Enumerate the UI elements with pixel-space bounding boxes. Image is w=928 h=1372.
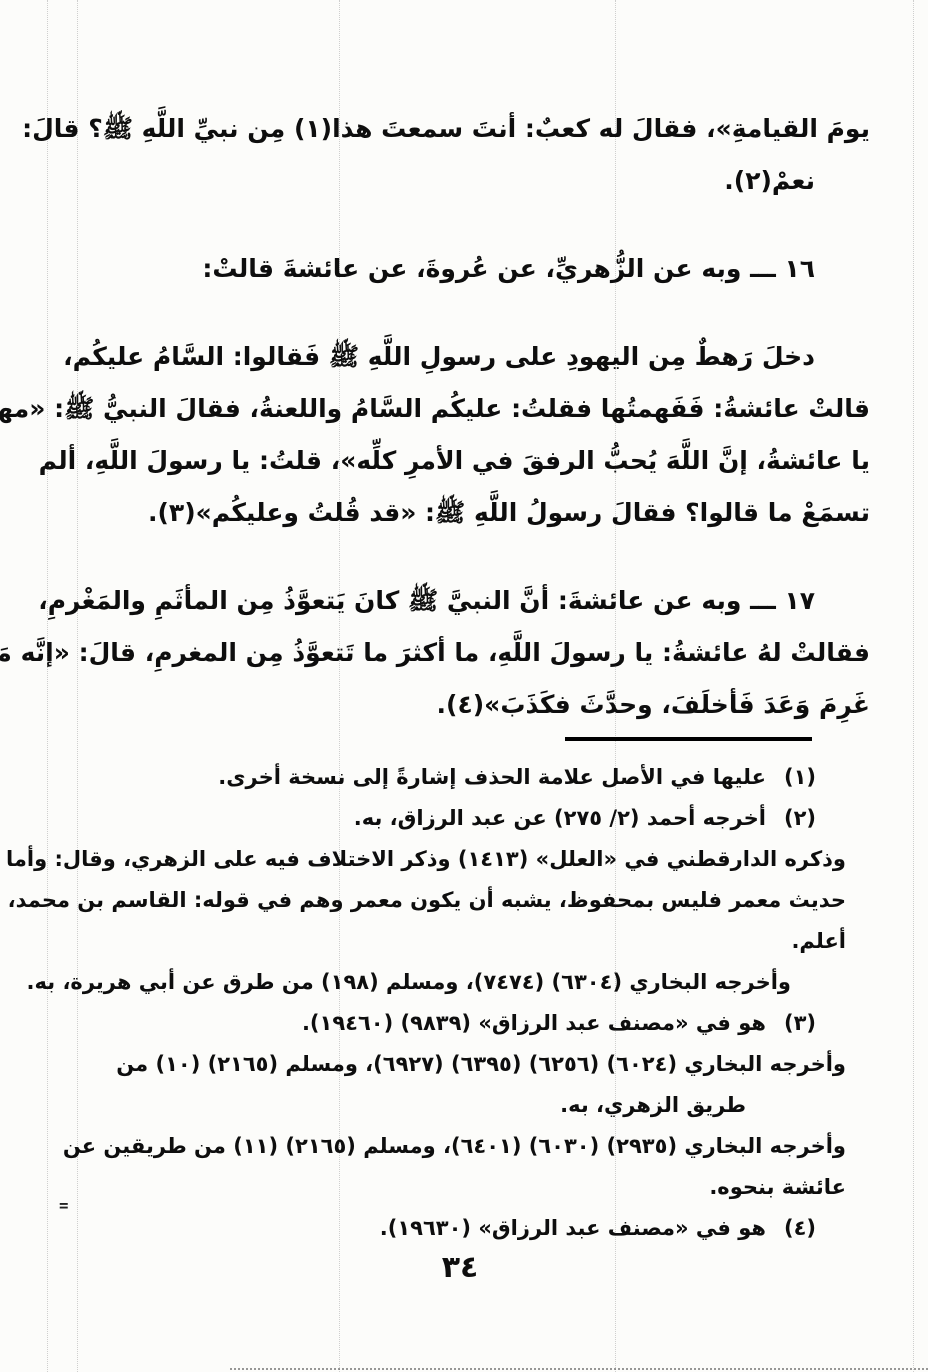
text-line: يا عائشةُ، إنَّ اللَّهَ يُحبُّ الرفقَ في… bbox=[50, 435, 870, 487]
footnote-marker: (٤) bbox=[784, 1216, 816, 1240]
footnote-text: حديث معمر فليس بمحفوظ، يشبه أن يكون معمر… bbox=[0, 888, 846, 912]
footnote-text: عليها في الأصل علامة الحذف إشارةً إلى نس… bbox=[218, 765, 766, 789]
paragraph: ١٦ ـــ وبه عن الزُّهريِّ، عن عُروةَ، عن … bbox=[50, 243, 870, 295]
text-line: نعمْ(٢). bbox=[50, 155, 870, 207]
footnote-line: وأخرجه البخاري (٦٣٠٤) (٧٤٧٤)، ومسلم (١٩٨… bbox=[50, 962, 846, 1003]
footnote-line: وأخرجه البخاري (٢٩٣٥) (٦٠٣٠) (٦٤٠١)، ومس… bbox=[50, 1126, 846, 1167]
footnote-marker: (٣) bbox=[784, 1011, 816, 1035]
footnote-text: وأخرجه البخاري (٢٩٣٥) (٦٠٣٠) (٦٤٠١)، ومس… bbox=[63, 1134, 846, 1158]
footnote-separator bbox=[565, 737, 812, 741]
scan-artifact-bottom-edge bbox=[230, 1368, 928, 1370]
footnote-line: طريق الزهري، به. bbox=[50, 1085, 846, 1126]
footnote-line: وذكره الدارقطني في «العلل» (١٤١٣) وذكر ا… bbox=[50, 839, 846, 880]
footnotes: (١)عليها في الأصل علامة الحذف إشارةً إلى… bbox=[50, 757, 846, 1249]
text-line: ١٦ ـــ وبه عن الزُّهريِّ، عن عُروةَ، عن … bbox=[50, 243, 870, 295]
page-number: ٣٤ bbox=[390, 1250, 530, 1285]
footnote-text: أعلم. bbox=[791, 929, 846, 953]
footnote-text: وذكره الدارقطني في «العلل» (١٤١٣) وذكر ا… bbox=[6, 847, 846, 871]
scan-artifact-line bbox=[47, 0, 48, 1372]
footnote-marker: (١) bbox=[784, 765, 816, 789]
footnote-line: حديث معمر فليس بمحفوظ، يشبه أن يكون معمر… bbox=[50, 880, 846, 921]
footnote-line: أعلم. bbox=[50, 921, 846, 962]
footnote-line: (٢)أخرجه أحمد (٢/ ٢٧٥) عن عبد الرزاق، به… bbox=[50, 798, 846, 839]
scan-artifact-line bbox=[913, 0, 914, 1372]
footnote-text: هو في «مصنف عبد الرزاق» (٩٨٣٩) (١٩٤٦٠). bbox=[302, 1011, 766, 1035]
continuation-mark: = bbox=[58, 1196, 69, 1215]
body-text: يومَ القيامةِ»، فقالَ له كعبٌ: أنتَ سمعت… bbox=[50, 103, 870, 767]
paragraph: يومَ القيامةِ»، فقالَ له كعبٌ: أنتَ سمعت… bbox=[50, 103, 870, 207]
text-line: قالتْ عائشةُ: فَفَهمتُها فقلتُ: عليكُم ا… bbox=[50, 383, 870, 435]
paragraph: ١٧ ـــ وبه عن عائشةَ: أنَّ النبيَّ ﷺ كان… bbox=[50, 575, 870, 731]
footnote-text: عائشة بنحوه. bbox=[709, 1175, 846, 1199]
scanned-book-page: يومَ القيامةِ»، فقالَ له كعبٌ: أنتَ سمعت… bbox=[0, 0, 928, 1372]
footnote-line: وأخرجه البخاري (٦٠٢٤) (٦٢٥٦) (٦٣٩٥) (٦٩٢… bbox=[50, 1044, 846, 1085]
text-line: ١٧ ـــ وبه عن عائشةَ: أنَّ النبيَّ ﷺ كان… bbox=[50, 575, 870, 627]
text-line: دخلَ رَهطٌ مِن اليهودِ على رسولِ اللَّهِ… bbox=[50, 331, 870, 383]
footnote-line: عائشة بنحوه. bbox=[50, 1167, 846, 1208]
text-line: غَرِمَ وَعَدَ فَأخلَفَ، وحدَّثَ فكَذَبَ»… bbox=[50, 679, 870, 731]
text-line: يومَ القيامةِ»، فقالَ له كعبٌ: أنتَ سمعت… bbox=[50, 103, 870, 155]
footnote-line: (٤)هو في «مصنف عبد الرزاق» (١٩٦٣٠). bbox=[50, 1208, 846, 1249]
footnote-line: (٣)هو في «مصنف عبد الرزاق» (٩٨٣٩) (١٩٤٦٠… bbox=[50, 1003, 846, 1044]
paragraph: دخلَ رَهطٌ مِن اليهودِ على رسولِ اللَّهِ… bbox=[50, 331, 870, 539]
footnote-text: هو في «مصنف عبد الرزاق» (١٩٦٣٠). bbox=[380, 1216, 766, 1240]
footnote-text: طريق الزهري، به. bbox=[560, 1093, 746, 1117]
footnote-text: وأخرجه البخاري (٦٠٢٤) (٦٢٥٦) (٦٣٩٥) (٦٩٢… bbox=[116, 1052, 846, 1076]
text-line: فقالتْ لهُ عائشةُ: يا رسولَ اللَّهِ، ما … bbox=[50, 627, 870, 679]
footnote-line: (١)عليها في الأصل علامة الحذف إشارةً إلى… bbox=[50, 757, 846, 798]
footnote-text: أخرجه أحمد (٢/ ٢٧٥) عن عبد الرزاق، به. bbox=[354, 806, 766, 830]
text-line: تسمَعْ ما قالوا؟ فقالَ رسولُ اللَّهِ ﷺ: … bbox=[50, 487, 870, 539]
footnote-marker: (٢) bbox=[784, 806, 816, 830]
footnote-text: وأخرجه البخاري (٦٣٠٤) (٧٤٧٤)، ومسلم (١٩٨… bbox=[27, 970, 791, 994]
